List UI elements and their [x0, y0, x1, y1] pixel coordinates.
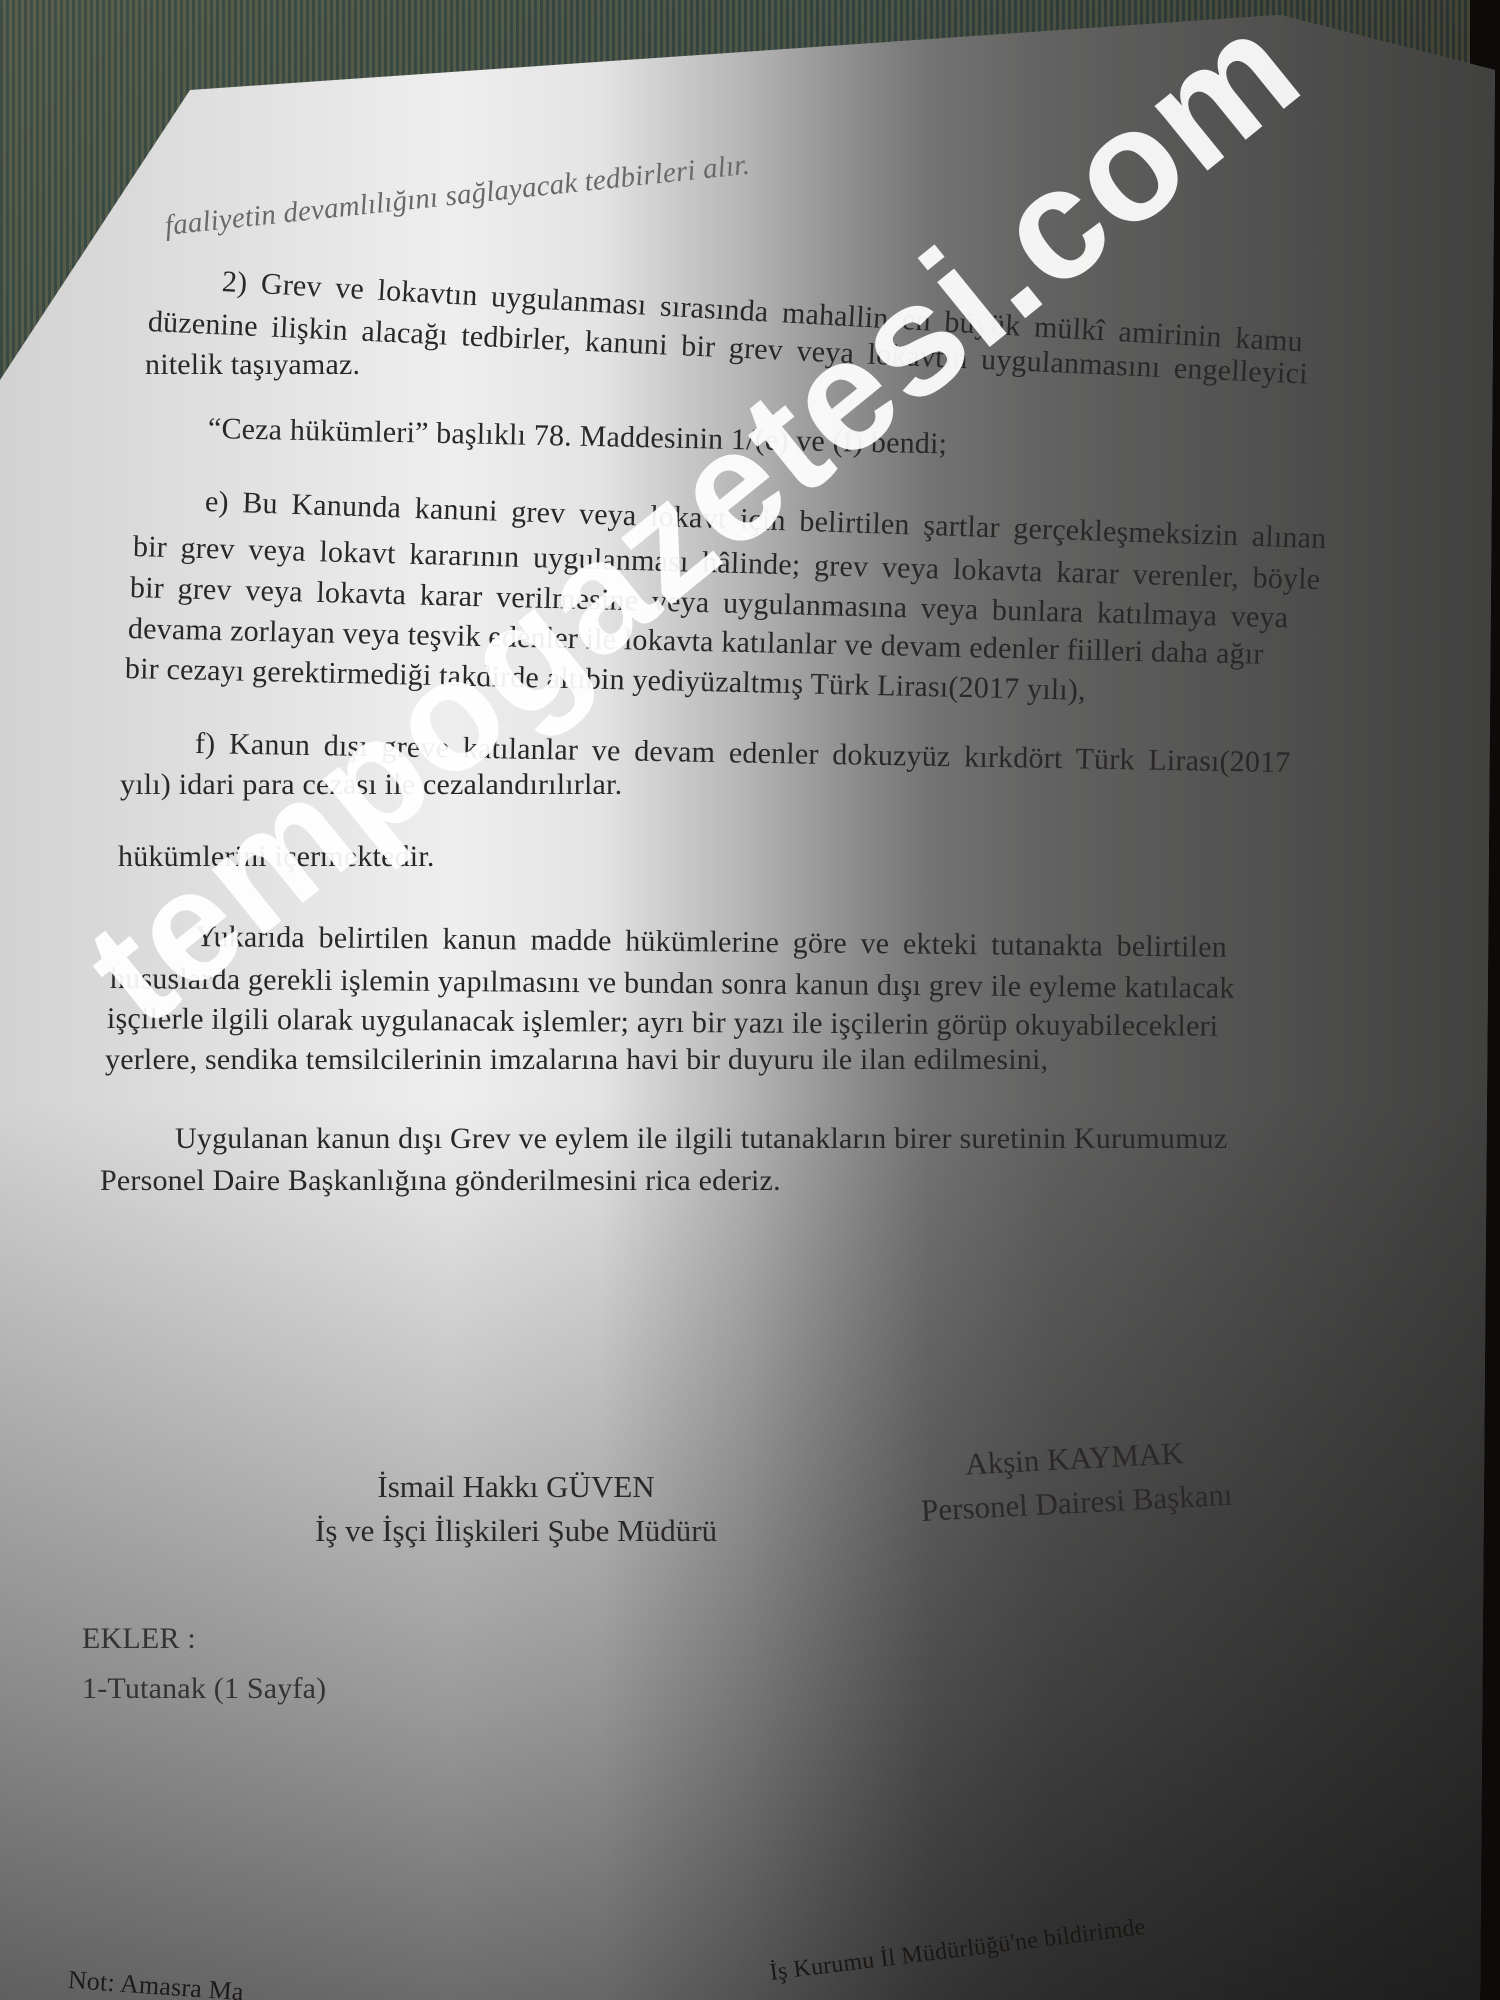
footer-note-right: İş Kurumu İl Müdürlüğü'ne bildirimde: [768, 1914, 1147, 1987]
text-line: hususlarda gerekli işlemin yapılmasını v…: [110, 962, 1235, 1006]
footer-note-left: Not: Amasra Ma: [67, 1965, 245, 2000]
text-line: Yukarıda belirtilen kanun madde hükümler…: [195, 920, 1227, 965]
text-line: işçilerle ilgili olarak uygulanacak işle…: [107, 1002, 1219, 1044]
attachment-item: 1-Tutanak (1 Sayfa): [82, 1672, 326, 1706]
attachments-heading: EKLER :: [82, 1622, 196, 1656]
text-line: yılı) idari para cezası ile cezalandırıl…: [120, 768, 622, 802]
text-line: nitelik taşıyamaz.: [145, 348, 360, 382]
text-line: Uygulanan kanun dışı Grev ve eylem ile i…: [175, 1122, 1227, 1156]
signatory-title: İş ve İşçi İlişkileri Şube Müdürü: [315, 1509, 717, 1553]
document-page: faaliyetin devamlılığını sağlayacak tedb…: [0, 0, 1500, 2000]
text-line: faaliyetin devamlılığını sağlayacak tedb…: [163, 149, 751, 243]
signatory-name: İsmail Hakkı GÜVEN: [315, 1465, 717, 1509]
signature-block-right: Akşin KAYMAK Personel Dairesi Başkanı: [918, 1429, 1234, 1533]
section-heading: “Ceza hükümleri” başlıklı 78. Maddesinin…: [208, 412, 948, 461]
text-line: Personel Daire Başkanlığına gönderilmesi…: [100, 1164, 781, 1198]
signature-block-left: İsmail Hakkı GÜVEN İş ve İşçi İlişkileri…: [315, 1465, 717, 1553]
text-line: hükümlerini içermektedir.: [118, 840, 435, 874]
text-line: yerlere, sendika temsilcilerinin imzalar…: [105, 1043, 1048, 1077]
